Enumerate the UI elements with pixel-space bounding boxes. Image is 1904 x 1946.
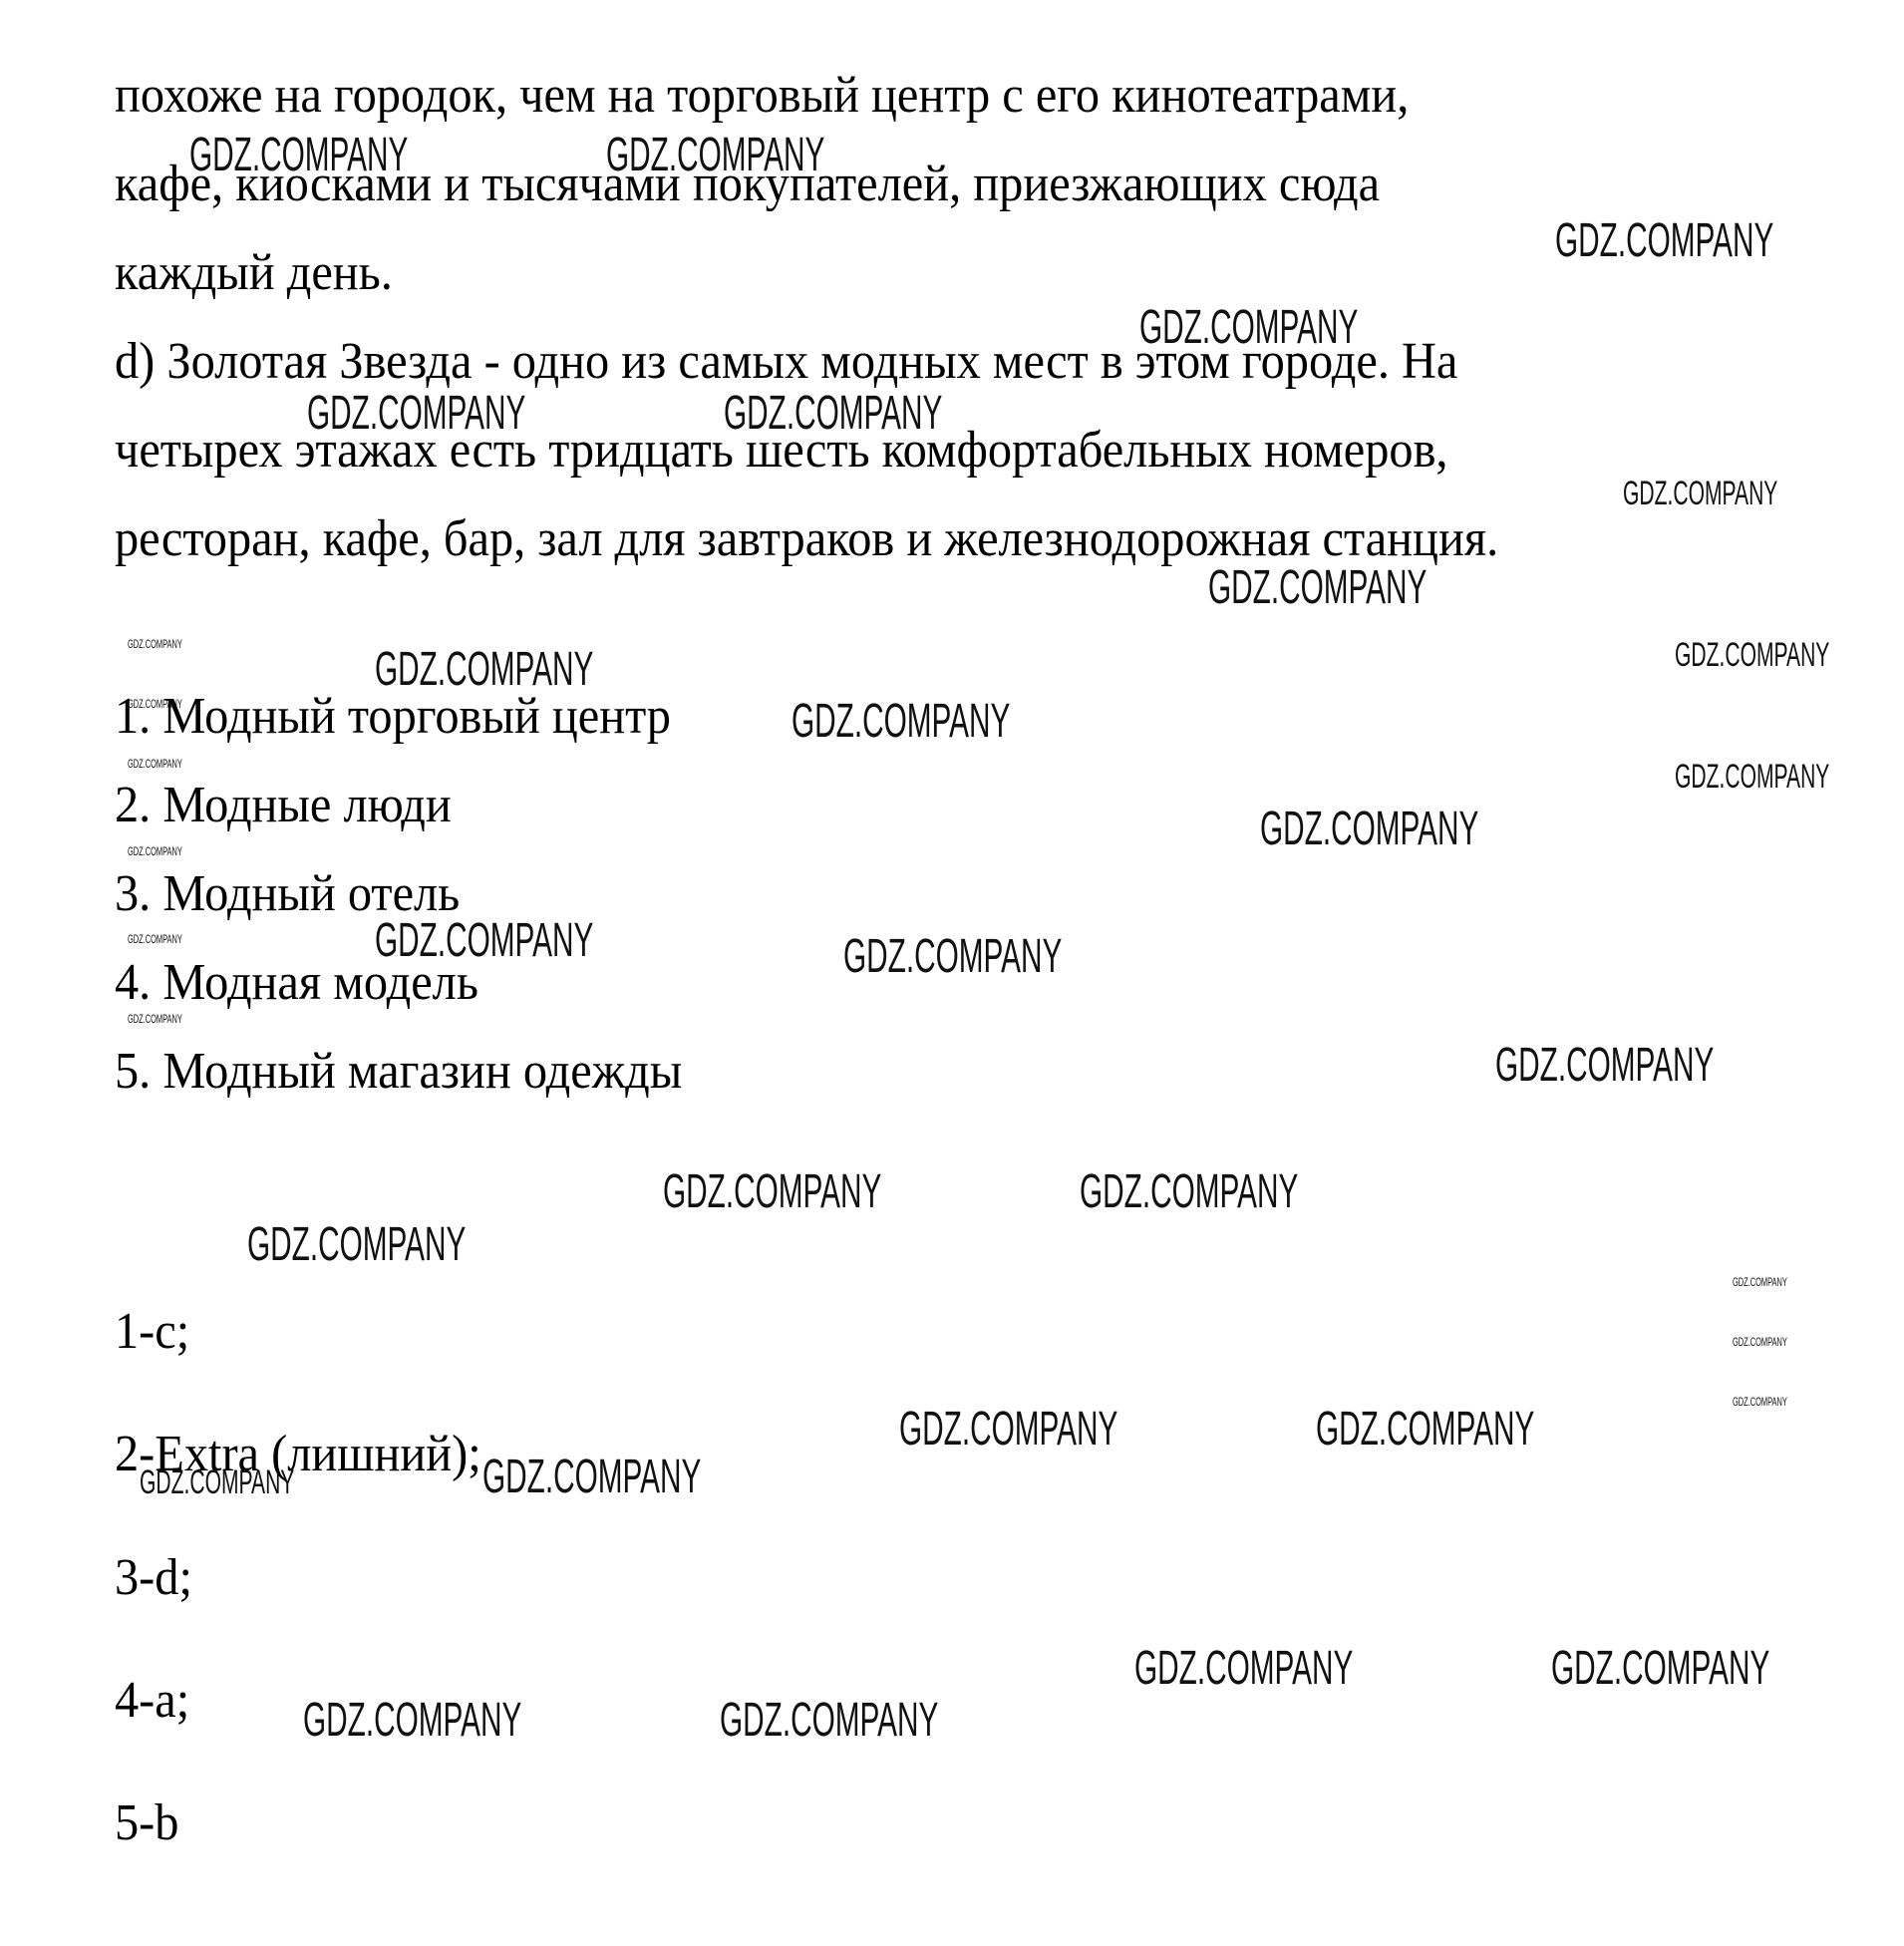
watermark: GDZ.COMPANY — [1316, 1406, 1534, 1454]
answer-5: 5-b — [115, 1797, 178, 1849]
watermark: GDZ.COMPANY — [128, 845, 182, 857]
answer-4: 4-a; — [115, 1675, 189, 1727]
watermark: GDZ.COMPANY — [128, 758, 182, 770]
watermark: GDZ.COMPANY — [128, 1013, 182, 1025]
watermark: GDZ.COMPANY — [307, 390, 525, 438]
watermark: GDZ.COMPANY — [1208, 564, 1427, 612]
watermark: GDZ.COMPANY — [1139, 304, 1358, 352]
watermark: GDZ.COMPANY — [128, 638, 182, 650]
watermark: GDZ.COMPANY — [1080, 1168, 1298, 1216]
watermark: GDZ.COMPANY — [724, 390, 942, 438]
watermark: GDZ.COMPANY — [128, 698, 182, 710]
heading-item-3: 3. Модный отель — [115, 868, 460, 920]
watermark: GDZ.COMPANY — [1623, 477, 1777, 510]
heading-item-5: 5. Модный магазин одежды — [115, 1046, 682, 1098]
watermark: GDZ.COMPANY — [375, 646, 593, 694]
watermark: GDZ.COMPANY — [375, 917, 593, 965]
watermark: GDZ.COMPANY — [247, 1221, 466, 1269]
watermark: GDZ.COMPANY — [189, 132, 408, 179]
watermark: GDZ.COMPANY — [1551, 1645, 1769, 1693]
watermark: GDZ.COMPANY — [663, 1168, 881, 1216]
paragraph-d-line-3: ресторан, кафе, бар, зал для завтраков и… — [115, 513, 1498, 565]
watermark: GDZ.COMPANY — [1134, 1645, 1353, 1693]
watermark: GDZ.COMPANY — [1495, 1042, 1714, 1090]
heading-item-2: 2. Модные люди — [115, 780, 452, 831]
watermark: GDZ.COMPANY — [1733, 1396, 1787, 1408]
watermark: GDZ.COMPANY — [606, 132, 824, 179]
watermark: GDZ.COMPANY — [1733, 1276, 1787, 1288]
watermark: GDZ.COMPANY — [1675, 638, 1829, 672]
heading-item-1: 1. Модный торговый центр — [115, 691, 671, 743]
watermark: GDZ.COMPANY — [1260, 806, 1478, 853]
answer-1: 1-c; — [115, 1306, 189, 1358]
watermark: GDZ.COMPANY — [1555, 217, 1773, 265]
watermark: GDZ.COMPANY — [843, 933, 1062, 981]
watermark: GDZ.COMPANY — [1675, 760, 1829, 794]
watermark: GDZ.COMPANY — [128, 933, 182, 945]
watermark: GDZ.COMPANY — [1733, 1336, 1787, 1348]
watermark: GDZ.COMPANY — [482, 1454, 701, 1501]
paragraph-c-line-3: каждый день. — [115, 247, 393, 299]
watermark: GDZ.COMPANY — [899, 1406, 1117, 1454]
watermark: GDZ.COMPANY — [792, 698, 1010, 746]
paragraph-c-line-1: похоже на городок, чем на торговый центр… — [115, 70, 1409, 122]
answer-3: 3-d; — [115, 1552, 192, 1604]
watermark: GDZ.COMPANY — [303, 1697, 521, 1745]
watermark: GDZ.COMPANY — [720, 1697, 938, 1745]
watermark: GDZ.COMPANY — [140, 1465, 294, 1499]
